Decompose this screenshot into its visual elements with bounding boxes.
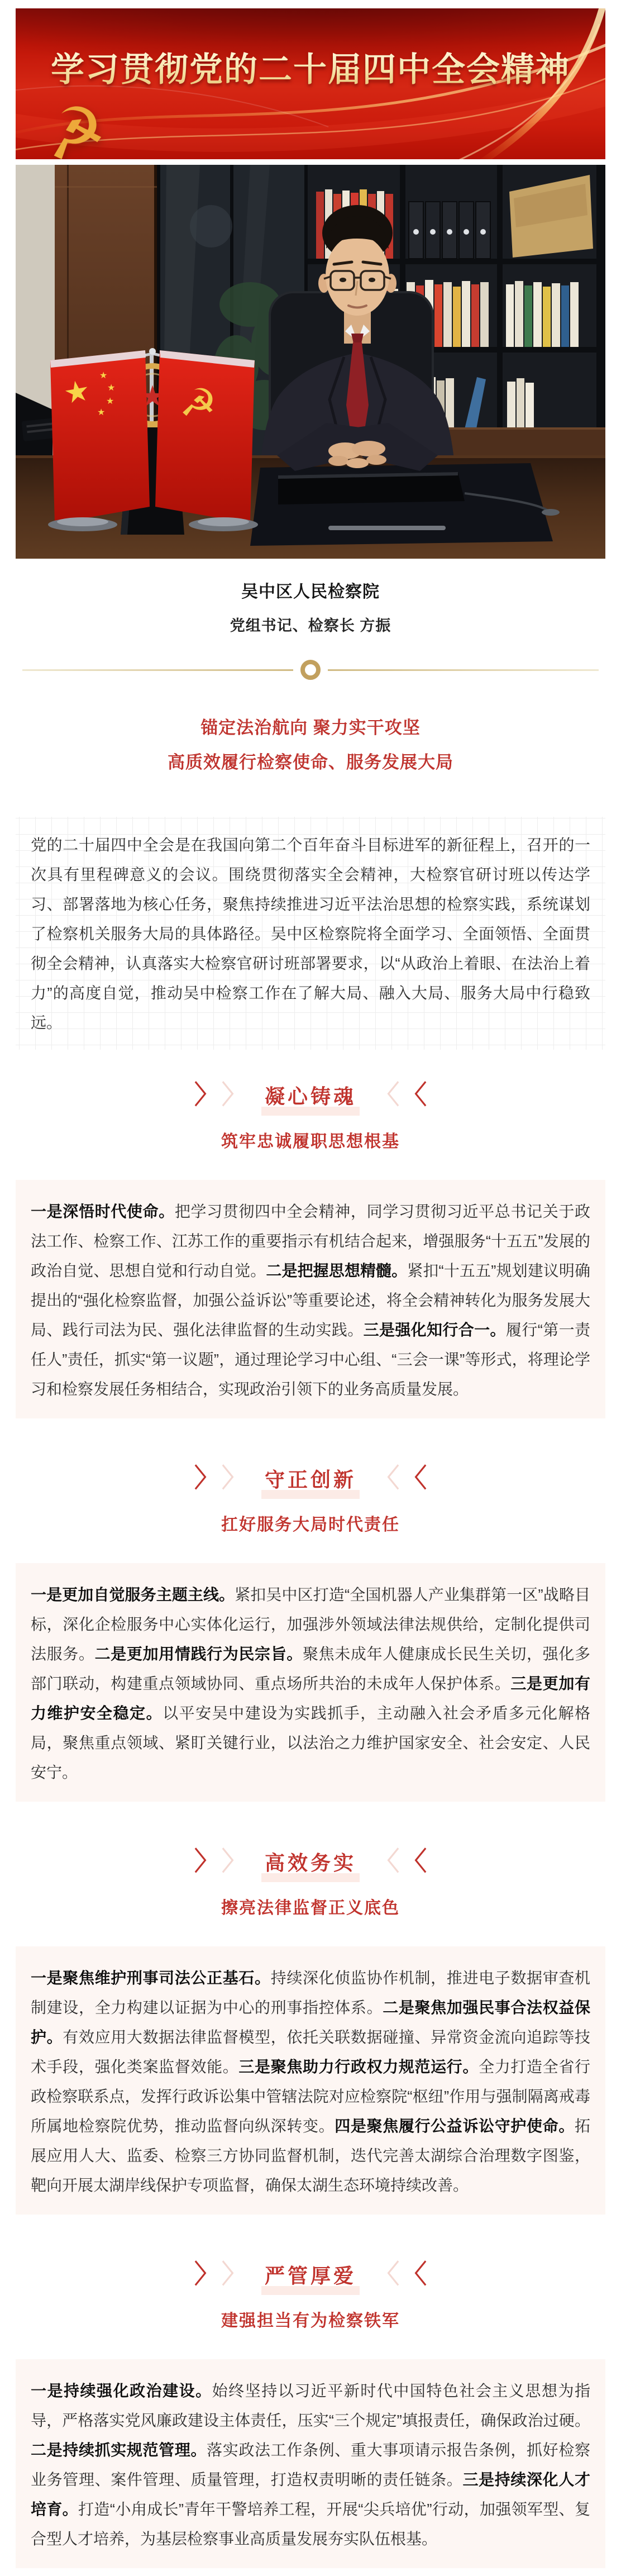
section-title: 高效务实 bbox=[264, 1848, 357, 1876]
topic-section: 〉 〉 凝心铸魂 〈 〈 筑牢忠诚履职思想根基 一是深悟时代使命。把学习贯彻四中… bbox=[16, 1081, 605, 1418]
topic-section: 〉 〉 高效务实 〈 〈 擦亮法律监督正义底色 一是聚焦维护刑事司法公正基石。持… bbox=[16, 1848, 605, 2215]
section-paragraph: 一是更加自觉服务主题主线。紧扣吴中区打造“全国机器人产业集群第一区”战略目标，深… bbox=[16, 1580, 605, 1787]
article-title: 锚定法治航向 聚力实干攻坚 高质效履行检察使命、服务发展大局 bbox=[16, 713, 605, 773]
chevron-right-ghost-icon: 〉 bbox=[222, 1849, 246, 1874]
chevron-left-icon: 〈 bbox=[402, 1082, 427, 1108]
divider-line-left bbox=[22, 669, 293, 671]
section-title-wrap: 高效务实 bbox=[264, 1848, 357, 1876]
chevron-left-icon: 〈 bbox=[402, 2261, 427, 2287]
section-title-wrap: 凝心铸魂 bbox=[264, 1081, 357, 1110]
chevron-right-ghost-icon: 〉 bbox=[222, 2261, 246, 2287]
chevron-right-icon: 〉 bbox=[194, 1849, 219, 1874]
photo-caption-org: 吴中区人民检察院 bbox=[16, 578, 605, 602]
section-subtitle: 建强担当有为检察铁军 bbox=[16, 2307, 605, 2331]
section-subtitle: 筑牢忠诚履职思想根基 bbox=[16, 1127, 605, 1152]
party-emblem-icon: ☭ bbox=[39, 94, 111, 159]
section-subtitle: 擦亮法律监督正义底色 bbox=[16, 1894, 605, 1918]
chevron-left-ghost-icon: 〈 bbox=[375, 1465, 399, 1491]
photo-caption: 吴中区人民检察院 党组书记、检察长 方振 bbox=[16, 578, 605, 635]
svg-text:★: ★ bbox=[99, 371, 107, 380]
article-title-line2: 高质效履行检察使命、服务发展大局 bbox=[16, 748, 605, 773]
chevron-right-icon: 〉 bbox=[194, 1465, 219, 1491]
gold-divider bbox=[16, 660, 605, 680]
chevron-right-icon: 〉 bbox=[194, 2261, 219, 2287]
svg-text:★: ★ bbox=[106, 397, 114, 406]
section-header: 〉 〉 严管厚爱 〈 〈 bbox=[16, 2260, 605, 2289]
section-subtitle: 扛好服务大局时代责任 bbox=[16, 1511, 605, 1535]
chevron-left-ghost-icon: 〈 bbox=[375, 2261, 399, 2287]
section-body: 一是更加自觉服务主题主线。紧扣吴中区打造“全国机器人产业集群第一区”战略目标，深… bbox=[16, 1563, 605, 1802]
chevron-left-icon: 〈 bbox=[402, 1849, 427, 1874]
intro-paragraph-block: 党的二十届四中全会是在我国向第二个百年奋斗目标进军的新征程上，召开的一次具有里程… bbox=[16, 817, 605, 1050]
section-body: 一是聚焦维护刑事司法公正基石。持续深化侦监协作机制，推进电子数据审查机制建设，全… bbox=[16, 1946, 605, 2215]
divider-ring-icon bbox=[300, 660, 321, 680]
intro-paragraph: 党的二十届四中全会是在我国向第二个百年奋斗目标进军的新征程上，召开的一次具有里程… bbox=[16, 830, 605, 1037]
topic-section: 〉 〉 守正创新 〈 〈 扛好服务大局时代责任 一是更加自觉服务主题主线。紧扣吴… bbox=[16, 1464, 605, 1802]
desk-rail bbox=[328, 526, 446, 530]
article-page: ☭ 学习贯彻党的二十届四中全会精神 bbox=[16, 0, 605, 2576]
banner: ☭ 学习贯彻党的二十届四中全会精神 bbox=[16, 8, 605, 159]
section-title-wrap: 守正创新 bbox=[264, 1464, 357, 1493]
chevron-right-ghost-icon: 〉 bbox=[222, 1082, 246, 1108]
section-paragraph: 一是聚焦维护刑事司法公正基石。持续深化侦监协作机制，推进电子数据审查机制建设，全… bbox=[16, 1963, 605, 2200]
chevron-right-icon: 〉 bbox=[194, 1082, 219, 1108]
section-header: 〉 〉 守正创新 〈 〈 bbox=[16, 1464, 605, 1493]
office-photo-illustration: ★ ★ ★★ ★★ ☭ bbox=[16, 165, 605, 559]
chevron-right-ghost-icon: 〉 bbox=[222, 1465, 246, 1491]
section-paragraph: 一是持续强化政治建设。始终坚持以习近平新时代中国特色社会主义思想为指导，严格落实… bbox=[16, 2376, 605, 2554]
flag-star-icon: ★ bbox=[61, 374, 93, 410]
divider-line-right bbox=[328, 669, 599, 671]
svg-text:★: ★ bbox=[107, 383, 115, 393]
section-header: 〉 〉 凝心铸魂 〈 〈 bbox=[16, 1081, 605, 1110]
chevron-left-ghost-icon: 〈 bbox=[375, 1082, 399, 1108]
section-title: 凝心铸魂 bbox=[264, 1081, 357, 1110]
article-title-line1: 锚定法治航向 聚力实干攻坚 bbox=[16, 713, 605, 739]
section-header: 〉 〉 高效务实 〈 〈 bbox=[16, 1848, 605, 1876]
chevron-left-ghost-icon: 〈 bbox=[375, 1849, 399, 1874]
binders bbox=[409, 202, 490, 259]
section-title-wrap: 严管厚爱 bbox=[264, 2260, 357, 2289]
section-title: 守正创新 bbox=[264, 1464, 357, 1493]
chevron-left-icon: 〈 bbox=[402, 1465, 427, 1491]
topic-section: 〉 〉 严管厚爱 〈 〈 建强担当有为检察铁军 一是持续强化政治建设。始终坚持以… bbox=[16, 2260, 605, 2568]
section-paragraph: 一是深悟时代使命。把学习贯彻四中全会精神，同学习贯彻习近平总书记关于政法工作、检… bbox=[16, 1197, 605, 1404]
topic-sections: 〉 〉 凝心铸魂 〈 〈 筑牢忠诚履职思想根基 一是深悟时代使命。把学习贯彻四中… bbox=[16, 1081, 605, 2568]
party-flag: ☭ bbox=[155, 350, 255, 523]
photo-caption-person: 党组书记、检察长 方振 bbox=[16, 613, 605, 635]
china-flag: ★ ★★ ★★ bbox=[50, 350, 150, 523]
hammer-sickle-icon: ☭ bbox=[178, 379, 219, 428]
svg-text:★: ★ bbox=[97, 408, 105, 417]
section-body: 一是持续强化政治建设。始终坚持以习近平新时代中国特色社会主义思想为指导，严格落实… bbox=[16, 2359, 605, 2568]
banner-title: 学习贯彻党的二十届四中全会精神 bbox=[16, 43, 605, 91]
section-body: 一是深悟时代使命。把学习贯彻四中全会精神，同学习贯彻习近平总书记关于政法工作、检… bbox=[16, 1180, 605, 1418]
leader-photo: ★ ★ ★★ ★★ ☭ bbox=[16, 165, 605, 559]
section-title: 严管厚爱 bbox=[264, 2260, 357, 2289]
